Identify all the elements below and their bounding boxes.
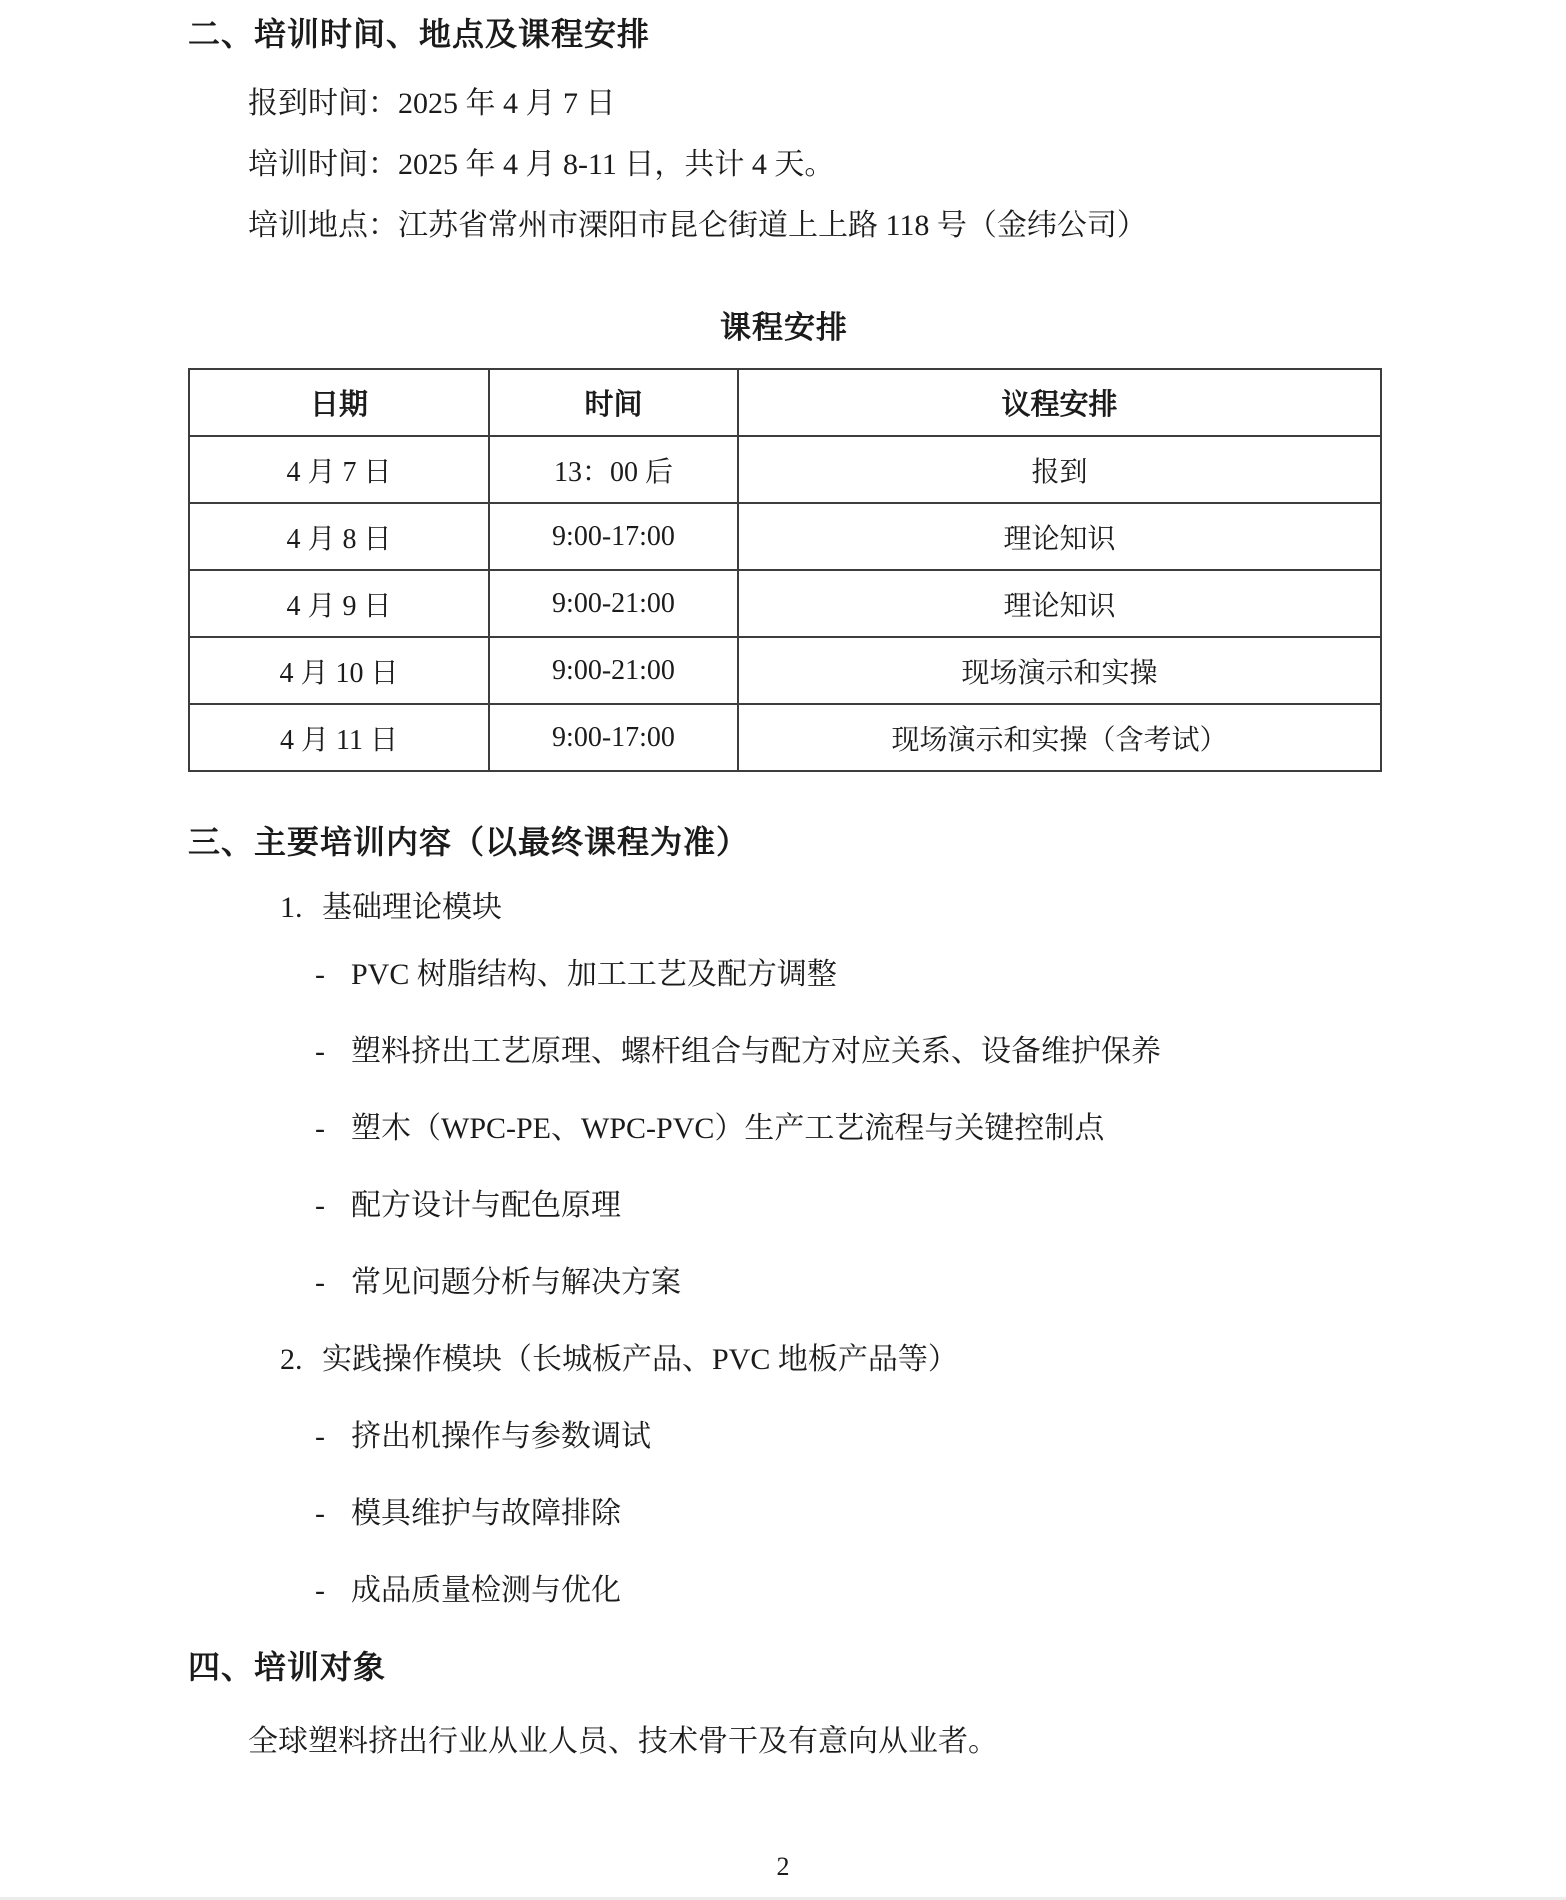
bullet-text: 挤出机操作与参数调试 <box>351 1420 651 1453</box>
document-page: 二、培训时间、地点及课程安排 报到时间：2025 年 4 月 7 日 培训时间：… <box>0 0 1566 1900</box>
table-cell-agenda: 现场演示和实操 <box>738 637 1381 704</box>
table-cell-time: 9:00-21:00 <box>489 570 738 637</box>
bullet-item: -配方设计与配色原理 <box>315 1186 1380 1226</box>
table-cell-time: 9:00-17:00 <box>489 704 738 771</box>
list-item-1: 1.基础理论模块 <box>280 888 1380 928</box>
table-cell-agenda: 理论知识 <box>738 503 1381 570</box>
schedule-table-title: 课程安排 <box>188 308 1380 348</box>
section-3-heading: 三、主要培训内容（以最终课程为准） <box>188 822 1380 862</box>
bullet-text: 塑料挤出工艺原理、螺杆组合与配方对应关系、设备维护保养 <box>351 1035 1161 1068</box>
dash-marker: - <box>315 1571 337 1611</box>
section-4-heading: 四、培训对象 <box>188 1647 1380 1687</box>
course-schedule-table: 日期 时间 议程安排 4 月 7 日 13：00 后 报到 4 月 8 日 9:… <box>188 368 1382 772</box>
list-item-label: 基础理论模块 <box>322 891 502 924</box>
table-cell-date: 4 月 9 日 <box>189 570 489 637</box>
dash-marker: - <box>315 1494 337 1534</box>
table-cell-date: 4 月 7 日 <box>189 436 489 503</box>
bullet-item: -挤出机操作与参数调试 <box>315 1417 1380 1457</box>
list-item-2: 2.实践操作模块（长城板产品、PVC 地板产品等） <box>280 1340 1380 1380</box>
report-time-line: 报到时间：2025 年 4 月 7 日 <box>248 84 1380 124</box>
table-row: 4 月 7 日 13：00 后 报到 <box>189 436 1381 503</box>
bullet-item: -成品质量检测与优化 <box>315 1571 1380 1611</box>
table-cell-time: 9:00-21:00 <box>489 637 738 704</box>
table-row: 4 月 10 日 9:00-21:00 现场演示和实操 <box>189 637 1381 704</box>
dash-marker: - <box>315 1032 337 1072</box>
bullet-text: 成品质量检测与优化 <box>351 1574 621 1607</box>
table-row: 4 月 11 日 9:00-17:00 现场演示和实操（含考试） <box>189 704 1381 771</box>
dash-marker: - <box>315 955 337 995</box>
table-cell-agenda: 理论知识 <box>738 570 1381 637</box>
bullet-item: -常见问题分析与解决方案 <box>315 1263 1380 1303</box>
dash-marker: - <box>315 1263 337 1303</box>
training-time-line: 培训时间：2025 年 4 月 8-11 日，共计 4 天。 <box>248 145 1380 185</box>
list-item-number: 1. <box>280 888 308 928</box>
table-header-agenda: 议程安排 <box>738 369 1381 436</box>
dash-marker: - <box>315 1417 337 1457</box>
bullet-text: 常见问题分析与解决方案 <box>351 1266 681 1299</box>
dash-marker: - <box>315 1109 337 1149</box>
bullet-item: -塑木（WPC-PE、WPC-PVC）生产工艺流程与关键控制点 <box>315 1109 1380 1149</box>
table-cell-agenda: 报到 <box>738 436 1381 503</box>
dash-marker: - <box>315 1186 337 1226</box>
table-row: 4 月 9 日 9:00-21:00 理论知识 <box>189 570 1381 637</box>
bullet-text: 模具维护与故障排除 <box>351 1497 621 1530</box>
bullet-item: -PVC 树脂结构、加工工艺及配方调整 <box>315 955 1380 995</box>
training-location-line: 培训地点：江苏省常州市溧阳市昆仑街道上上路 118 号（金纬公司） <box>248 206 1380 246</box>
bullet-item: -模具维护与故障排除 <box>315 1494 1380 1534</box>
list-item-number: 2. <box>280 1340 308 1380</box>
table-header-time: 时间 <box>489 369 738 436</box>
document-content: 二、培训时间、地点及课程安排 报到时间：2025 年 4 月 7 日 培训时间：… <box>188 0 1380 1762</box>
list-item-label: 实践操作模块（长城板产品、PVC 地板产品等） <box>322 1343 958 1376</box>
table-row: 4 月 8 日 9:00-17:00 理论知识 <box>189 503 1381 570</box>
bullet-text: 塑木（WPC-PE、WPC-PVC）生产工艺流程与关键控制点 <box>351 1112 1104 1145</box>
table-cell-date: 4 月 11 日 <box>189 704 489 771</box>
table-cell-date: 4 月 8 日 <box>189 503 489 570</box>
table-cell-date: 4 月 10 日 <box>189 637 489 704</box>
section-2-heading: 二、培训时间、地点及课程安排 <box>188 14 1380 54</box>
table-header-row: 日期 时间 议程安排 <box>189 369 1381 436</box>
audience-line: 全球塑料挤出行业从业人员、技术骨干及有意向从业者。 <box>248 1722 1380 1762</box>
table-cell-time: 13：00 后 <box>489 436 738 503</box>
table-header-date: 日期 <box>189 369 489 436</box>
bullet-item: -塑料挤出工艺原理、螺杆组合与配方对应关系、设备维护保养 <box>315 1032 1380 1072</box>
bullet-text: 配方设计与配色原理 <box>351 1189 621 1222</box>
page-number: 2 <box>0 1852 1566 1882</box>
table-cell-time: 9:00-17:00 <box>489 503 738 570</box>
bullet-text: PVC 树脂结构、加工工艺及配方调整 <box>351 958 837 991</box>
table-cell-agenda: 现场演示和实操（含考试） <box>738 704 1381 771</box>
